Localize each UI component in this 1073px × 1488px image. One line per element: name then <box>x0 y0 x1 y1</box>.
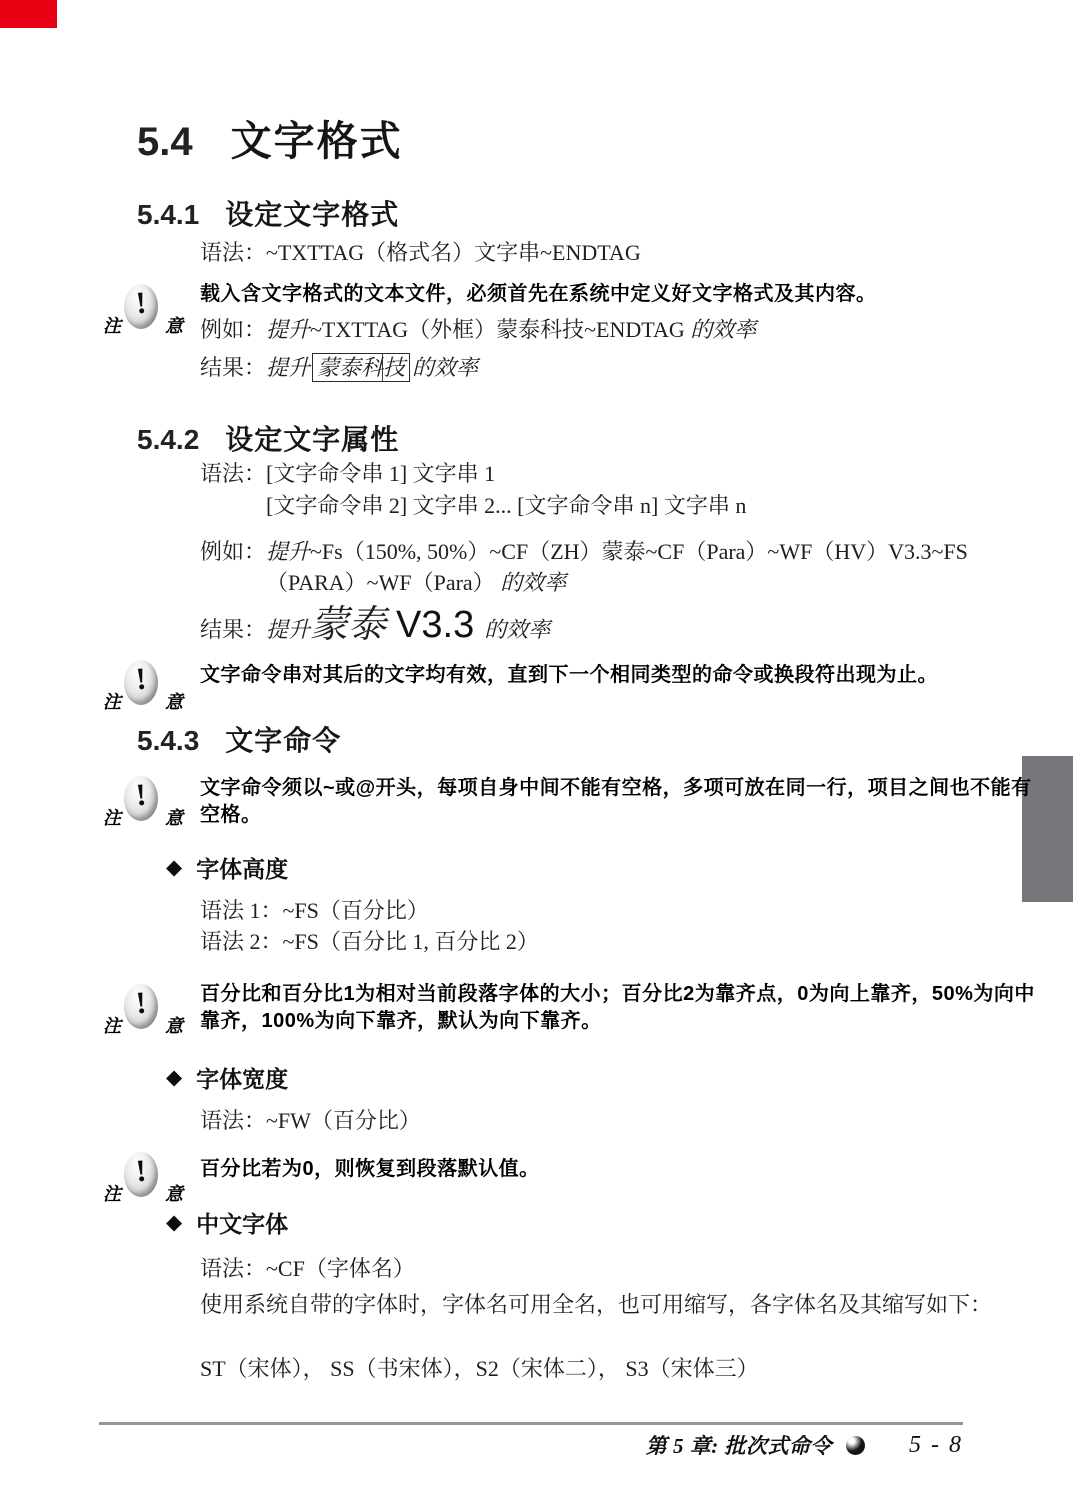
exclamation-icon: ! <box>124 984 158 1029</box>
syntax-lines: [文字命令串 1] 文字串 1 [文字命令串 2] 文字串 2... [文字命令… <box>266 458 746 522</box>
diamond-bullet-icon: ◆ <box>166 1067 182 1088</box>
syntax-prefix: 语法： <box>200 1108 266 1133</box>
syntax-prefix: 语法： <box>200 1256 266 1281</box>
note-line-2: 空格。 <box>200 802 1032 829</box>
heading-541: 5.4.1 设定文字格式 <box>137 193 399 233</box>
heading-543: 5.4.3 文字命令 <box>137 719 341 759</box>
result-large-version: V3.3 <box>396 604 474 646</box>
example-kai: 提升 <box>266 317 310 342</box>
example-command: （PARA）~WF（Para） <box>266 570 500 595</box>
heading-541-number: 5.4.1 <box>137 199 199 231</box>
syntax-body: ~TXTTAG（格式名）文字串~ENDTAG <box>266 240 641 265</box>
manual-page: 5.4 文字格式 5.4.1 设定文字格式 语法：~TXTTAG（格式名）文字串… <box>0 0 1073 1488</box>
result-kai: 的效率 <box>484 617 550 642</box>
subheading-cn-font: ◆ 中文字体 <box>166 1206 288 1239</box>
note-text-541: 载入含文字格式的文本文件，必须首先在系统中定义好文字格式及其内容。 <box>200 281 877 308</box>
note-zhu-char: 注 <box>103 1180 121 1206</box>
footer: 第 5 章: 批次式命令 5 - 8 <box>646 1430 963 1460</box>
exclamation-icon: ! <box>124 284 158 329</box>
heading-543-text: 文字命令 <box>225 719 341 759</box>
heading-542: 5.4.2 设定文字属性 <box>137 418 399 458</box>
subheading-label: 字体高度 <box>196 851 288 884</box>
note-line-1: 百分比和百分比1为相对当前段落字体的大小；百分比2为靠齐点，0为向上靠齐，50%… <box>200 981 1035 1008</box>
example-kai: 的效率 <box>500 570 566 595</box>
heading-542-text: 设定文字属性 <box>225 418 399 458</box>
red-corner-marker <box>0 0 57 28</box>
page-title: 5.4 文字格式 <box>137 108 403 167</box>
subheading-font-height: ◆ 字体高度 <box>166 851 288 884</box>
diamond-bullet-icon: ◆ <box>166 1212 182 1233</box>
syntax-line-cf: 语法：~CF（字体名） <box>200 1252 415 1283</box>
note-line-2: 靠齐，100%为向下靠齐，默认为向下靠齐。 <box>200 1008 1035 1035</box>
section-title-text: 文字格式 <box>231 108 403 167</box>
subheading-label: 字体宽度 <box>196 1061 288 1094</box>
note-line-1: 文字命令须以~或@开头，每项自身中间不能有空格，多项可放在同一行，项目之间也不能… <box>200 775 1032 802</box>
syntax-line-fs-1: 语法 1：~FS（百分比） <box>200 895 539 926</box>
result-line-541: 结果：提升蒙泰科技的效率 <box>200 351 478 382</box>
example-command: ~TXTTAG（外框）蒙泰科技~ENDTAG <box>310 317 690 342</box>
syntax-block-font-height: 语法 1：~FS（百分比） 语法 2：~FS（百分比 1, 百分比 2） <box>200 895 539 957</box>
note-zhu-char: 注 <box>103 688 121 714</box>
syntax-line-2: [文字命令串 2] 文字串 2... [文字命令串 n] 文字串 n <box>266 490 746 522</box>
exclamation-mark: ! <box>122 1152 159 1191</box>
syntax-prefix: 语法 1： <box>200 898 283 923</box>
heading-542-number: 5.4.2 <box>137 424 199 456</box>
note-icon: 注 ! 意 <box>103 984 183 1042</box>
syntax-prefix: 语法： <box>200 240 266 265</box>
syntax-prefix: 语法 2： <box>200 929 283 954</box>
note-icon: 注 ! 意 <box>103 660 183 718</box>
note-text-font-width: 百分比若为0，则恢复到段落默认值。 <box>200 1156 540 1183</box>
note-icon: 注 ! 意 <box>103 1152 183 1210</box>
diamond-bullet-icon: ◆ <box>166 857 182 878</box>
note-text-543: 文字命令须以~或@开头，每项自身中间不能有空格，多项可放在同一行，项目之间也不能… <box>200 775 1032 829</box>
example-command: ~Fs（150%, 50%）~CF（ZH）蒙泰~CF（Para）~WF（HV）V… <box>310 539 968 564</box>
footer-rule <box>99 1422 963 1425</box>
syntax-line-1: [文字命令串 1] 文字串 1 <box>266 458 746 490</box>
exclamation-mark: ! <box>122 284 159 323</box>
sphere-icon <box>846 1436 865 1455</box>
result-line-542: 结果：提升蒙泰V3.3的效率 <box>200 593 550 648</box>
syntax-body: ~FS（百分比） <box>283 898 429 923</box>
cn-font-description: 使用系统自带的字体时，字体名可用全名，也可用缩写，各字体名及其缩写如下： <box>200 1288 992 1319</box>
note-yi-char: 意 <box>165 312 183 338</box>
syntax-body: ~FS（百分比 1, 百分比 2） <box>283 929 539 954</box>
note-yi-char: 意 <box>165 688 183 714</box>
exclamation-mark: ! <box>122 984 159 1023</box>
note-text-542: 文字命令串对其后的文字均有效，直到下一个相同类型的命令或换段符出现为止。 <box>200 662 938 689</box>
syntax-body: ~FW（百分比） <box>266 1108 421 1133</box>
exclamation-mark: ! <box>122 776 159 815</box>
exclamation-icon: ! <box>124 776 158 821</box>
note-yi-char: 意 <box>165 1012 183 1038</box>
example-kai: 提升 <box>266 539 310 564</box>
result-prefix: 结果： <box>200 355 266 380</box>
syntax-block-542: 语法： [文字命令串 1] 文字串 1 [文字命令串 2] 文字串 2... [… <box>200 458 746 522</box>
exclamation-mark: ! <box>122 660 159 699</box>
note-icon: 注 ! 意 <box>103 284 183 342</box>
example-line-1: 提升~Fs（150%, 50%）~CF（ZH）蒙泰~CF（Para）~WF（HV… <box>266 536 968 567</box>
note-zhu-char: 注 <box>103 804 121 830</box>
note-yi-char: 意 <box>165 1180 183 1206</box>
exclamation-icon: ! <box>124 660 158 705</box>
syntax-line-fs-2: 语法 2：~FS（百分比 1, 百分比 2） <box>200 926 539 957</box>
example-lines: 提升~Fs（150%, 50%）~CF（ZH）蒙泰~CF（Para）~WF（HV… <box>266 536 968 598</box>
example-prefix: 例如： <box>200 317 266 342</box>
example-line-541: 例如：提升~TXTTAG（外框）蒙泰科技~ENDTAG 的效率 <box>200 313 756 344</box>
note-zhu-char: 注 <box>103 312 121 338</box>
heading-541-text: 设定文字格式 <box>225 193 399 233</box>
result-prefix: 结果： <box>200 617 266 642</box>
footer-page-number: 5 - 8 <box>909 1432 963 1459</box>
syntax-line-fw: 语法：~FW（百分比） <box>200 1104 421 1135</box>
result-boxed-text: 蒙泰科技 <box>312 353 410 382</box>
subheading-font-width: ◆ 字体宽度 <box>166 1061 288 1094</box>
footer-chapter-title: 第 5 章: 批次式命令 <box>646 1430 832 1460</box>
example-prefix: 例如： <box>200 536 266 598</box>
syntax-prefix: 语法： <box>200 458 266 522</box>
heading-543-number: 5.4.3 <box>137 725 199 757</box>
note-text-font-height: 百分比和百分比1为相对当前段落字体的大小；百分比2为靠齐点，0为向上靠齐，50%… <box>200 981 1035 1035</box>
result-kai: 提升 <box>266 355 310 380</box>
note-yi-char: 意 <box>165 804 183 830</box>
subheading-label: 中文字体 <box>196 1206 288 1239</box>
note-zhu-char: 注 <box>103 1012 121 1038</box>
exclamation-icon: ! <box>124 1152 158 1197</box>
note-icon: 注 ! 意 <box>103 776 183 834</box>
example-block-542: 例如： 提升~Fs（150%, 50%）~CF（ZH）蒙泰~CF（Para）~W… <box>200 536 968 598</box>
syntax-body: ~CF（字体名） <box>266 1256 415 1281</box>
result-large-chinese: 蒙泰 <box>310 604 386 646</box>
section-number: 5.4 <box>137 120 193 165</box>
example-kai: 的效率 <box>690 317 756 342</box>
result-kai: 提升 <box>266 617 310 642</box>
result-kai: 的效率 <box>412 355 478 380</box>
cn-font-abbreviations: ST（宋体）， SS（书宋体），S2（宋体二）， S3（宋体三） <box>200 1352 759 1383</box>
syntax-line-541: 语法：~TXTTAG（格式名）文字串~ENDTAG <box>200 236 641 267</box>
